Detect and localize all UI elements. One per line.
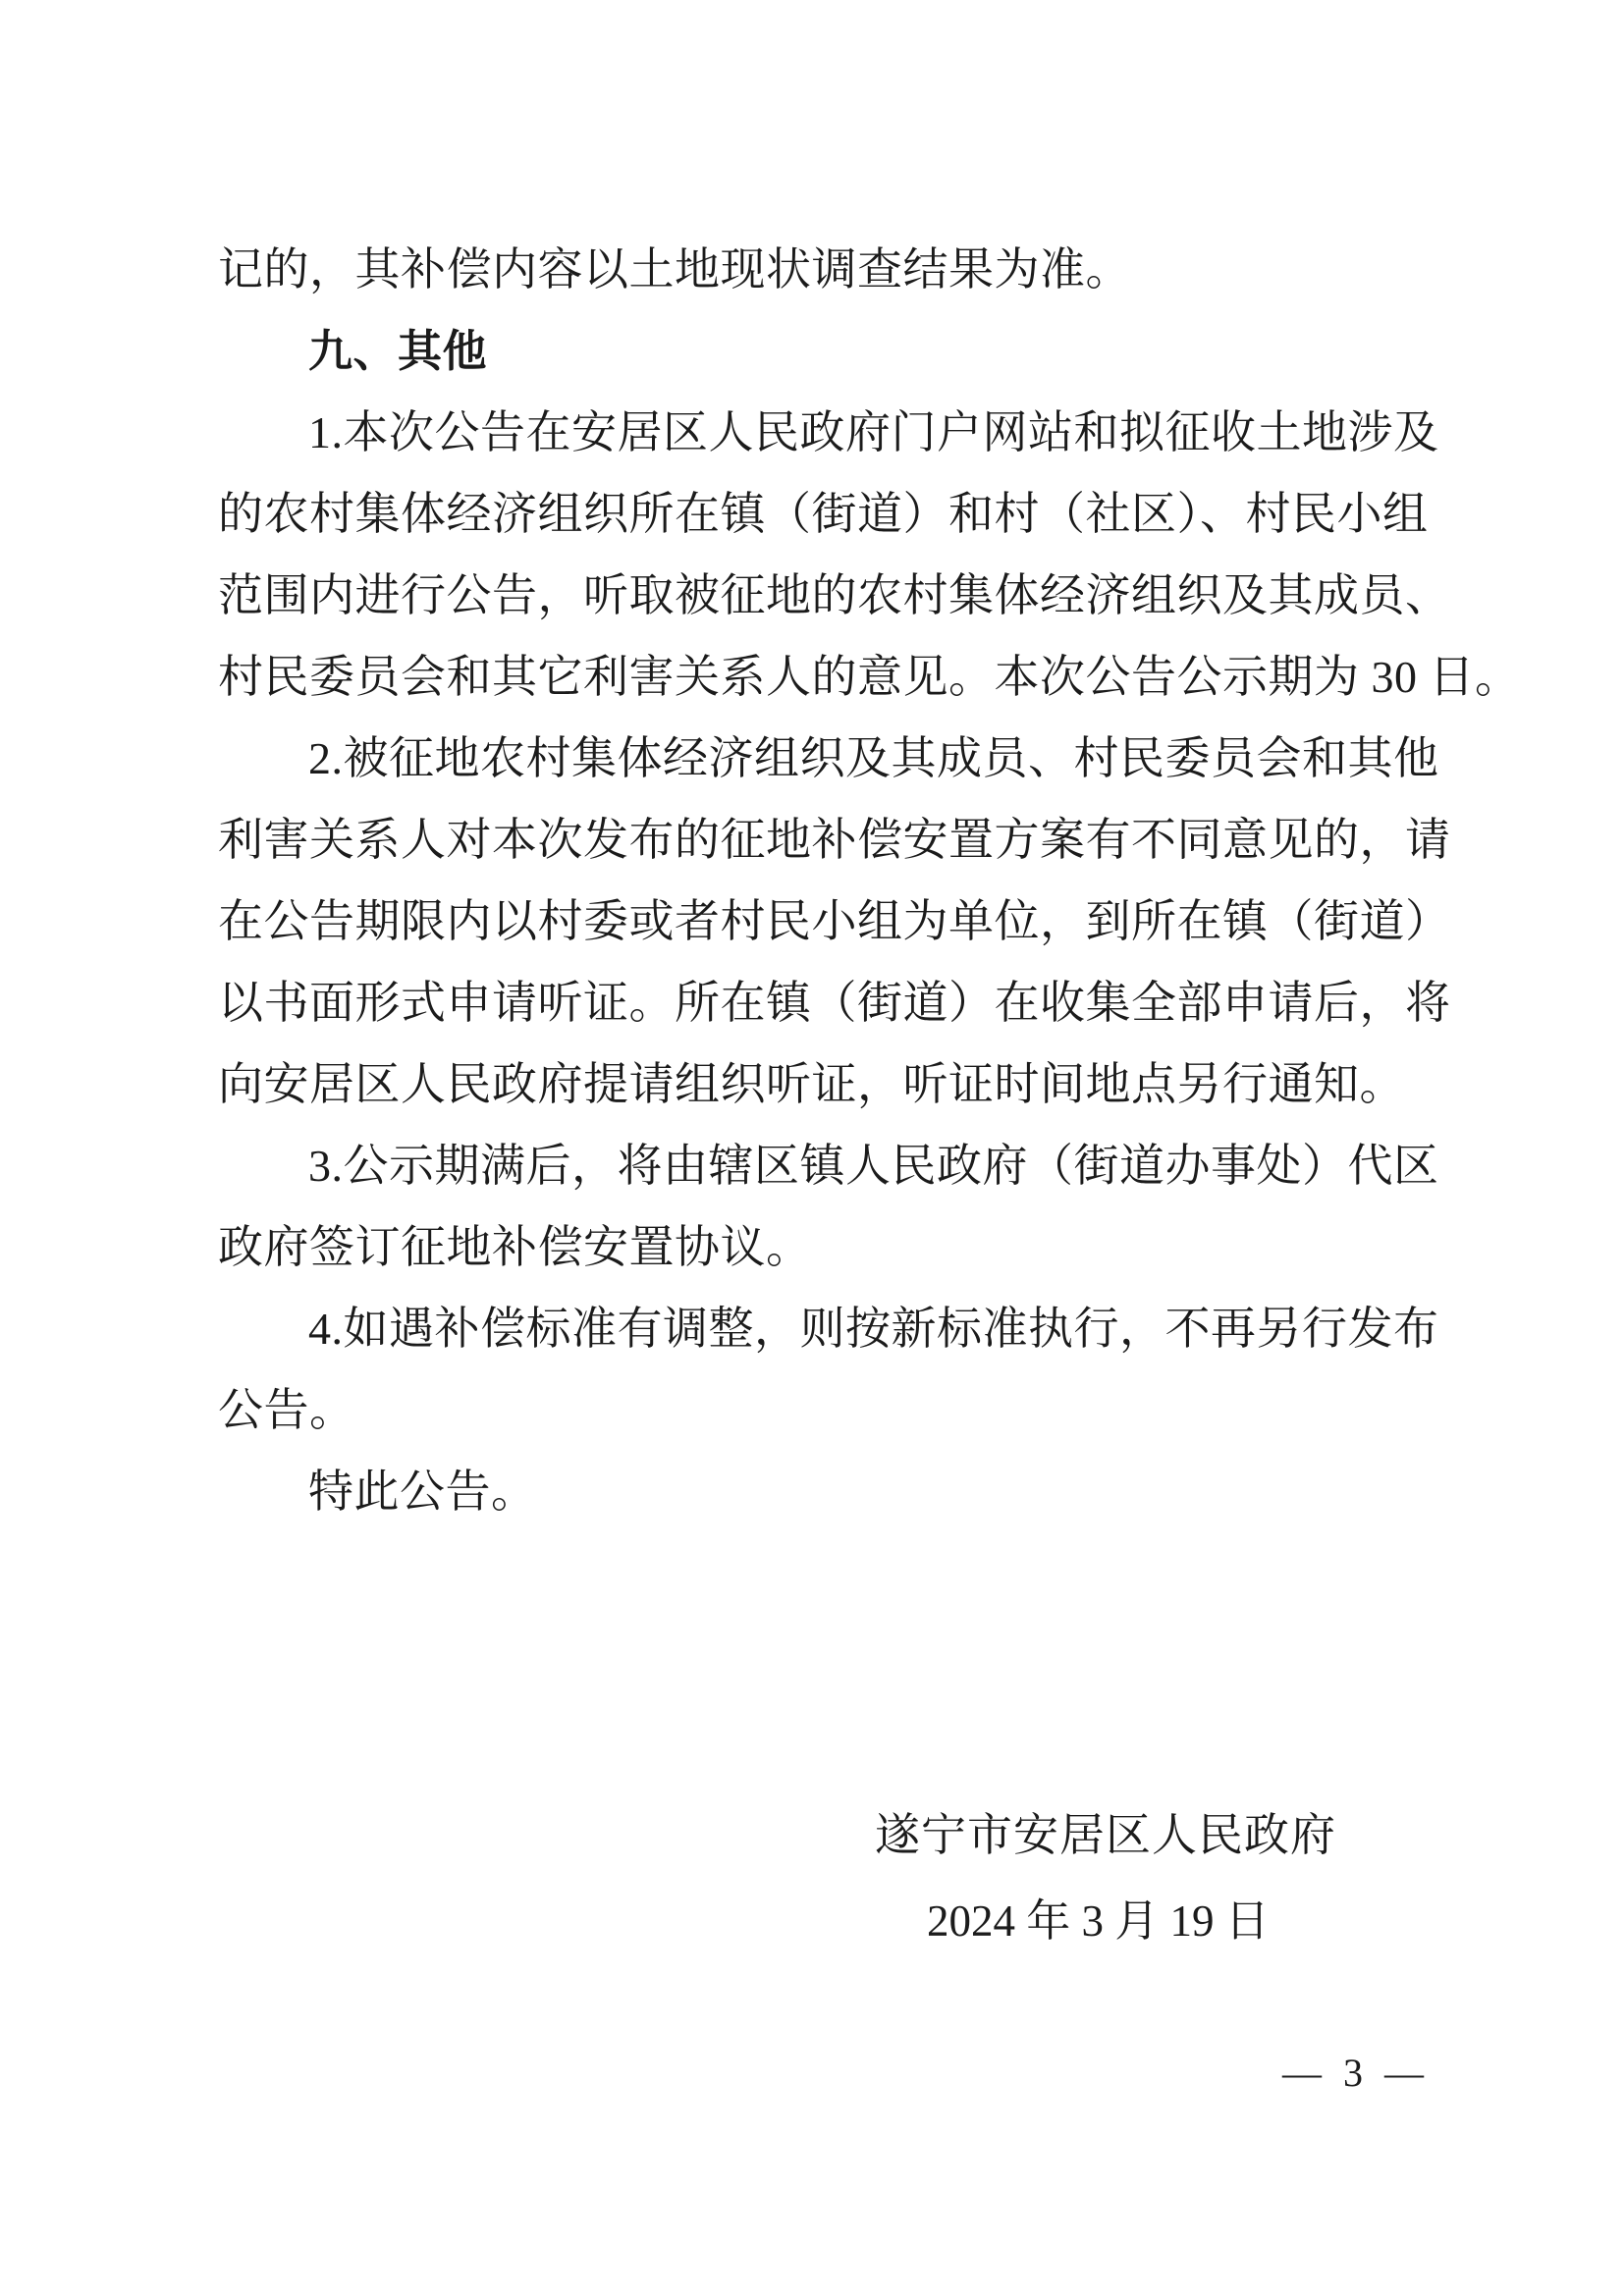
text-line: 政府签订征地补偿安置协议。 <box>218 1206 1447 1288</box>
text-line: 特此公告。 <box>218 1451 1447 1532</box>
text-line: 范围内进行公告，听取被征地的农村集体经济组织及其成员、 <box>218 555 1447 636</box>
text-line: 1.本次公告在安居区人民政府门户网站和拟征收土地涉及 <box>218 392 1447 473</box>
text-line: 以书面形式申请听证。所在镇（街道）在收集全部申请后，将 <box>218 962 1447 1043</box>
page-number: — 3 — <box>1282 2050 1430 2096</box>
text-line: 的农村集体经济组织所在镇（街道）和村（社区）、村民小组 <box>218 473 1447 555</box>
text-line: 向安居区人民政府提请组织听证，听证时间地点另行通知。 <box>218 1043 1447 1125</box>
text-line: 记的，其补偿内容以土地现状调查结果为准。 <box>218 229 1447 310</box>
document-page: 记的，其补偿内容以土地现状调查结果为准。九、其他1.本次公告在安居区人民政府门户… <box>0 0 1624 2296</box>
text-line: 公告。 <box>218 1369 1447 1451</box>
text-line: 村民委员会和其它利害关系人的意见。本次公告公示期为 30 日。 <box>218 636 1447 718</box>
text-line: 3.公示期满后，将由辖区镇人民政府（街道办事处）代区 <box>218 1125 1447 1206</box>
section-heading: 九、其他 <box>218 310 1447 392</box>
text-line: 2.被征地农村集体经济组织及其成员、村民委员会和其他 <box>218 718 1447 799</box>
announcement-body: 记的，其补偿内容以土地现状调查结果为准。九、其他1.本次公告在安居区人民政府门户… <box>218 229 1447 1532</box>
text-line: 4.如遇补偿标准有调整，则按新标准执行，不再另行发布 <box>218 1288 1447 1369</box>
text-line: 在公告期限内以村委或者村民小组为单位，到所在镇（街道） <box>218 881 1447 962</box>
issue-date: 2024 年 3 月 19 日 <box>927 1885 1270 1949</box>
issuer-signature: 遂宁市安居区人民政府 <box>875 1799 1336 1864</box>
text-line: 利害关系人对本次发布的征地补偿安置方案有不同意见的，请 <box>218 799 1447 881</box>
